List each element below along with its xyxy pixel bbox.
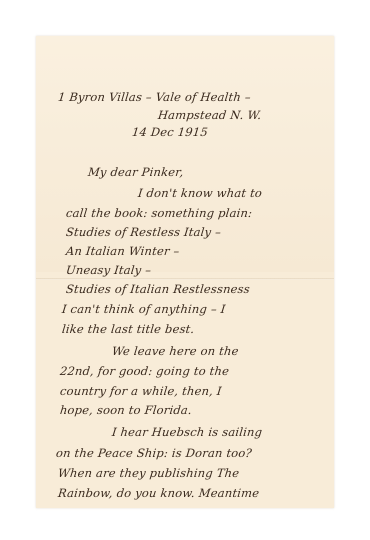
body-line: I can't think of anything – I: [61, 302, 226, 316]
body-line: Uneasy Italy –: [65, 263, 152, 277]
body-line: I hear Huebsch is sailing: [111, 425, 263, 439]
body-line: Studies of Restless Italy –: [65, 225, 222, 239]
body-line: like the last title best.: [61, 322, 195, 336]
address-line-2: Hampstead N. W.: [157, 108, 262, 122]
body-line: on the Peace Ship: is Doran too?: [55, 446, 252, 460]
body-line: call the book: something plain:: [65, 206, 253, 220]
address-line-1: 1 Byron Villas – Vale of Health –: [57, 90, 251, 104]
body-line: Studies of Italian Restlessness: [65, 282, 250, 296]
body-line: When are they publishing The: [57, 466, 240, 480]
paper-fold: [36, 278, 334, 280]
body-line: hope, soon to Florida.: [59, 403, 192, 417]
body-line: We leave here on the: [111, 344, 239, 358]
letter-date: 14 Dec 1915: [131, 125, 208, 139]
body-line: I don't know what to: [137, 186, 263, 200]
body-line: Rainbow, do you know. Meantime: [57, 486, 260, 500]
body-line: country for a while, then, I: [59, 384, 222, 398]
body-line: An Italian Winter –: [65, 244, 180, 258]
body-line: 22nd, for good: going to the: [59, 364, 230, 378]
salutation: My dear Pinker,: [87, 165, 184, 179]
